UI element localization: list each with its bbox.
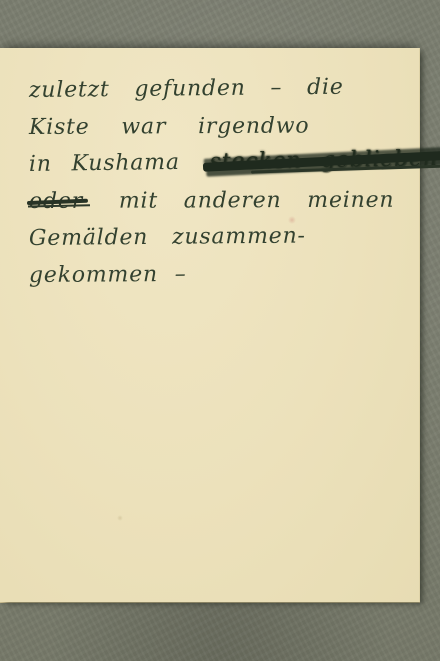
- handwritten-text: in Kushama: [29, 150, 180, 177]
- note-line-5: Gemälden zusammen-: [29, 223, 411, 263]
- note-line-1: zuletzt gefunden – die: [29, 74, 411, 115]
- note-line-6: gekommen –: [29, 260, 411, 300]
- handwritten-text: Kiste war irgendwo: [29, 114, 310, 140]
- strikethrough-text: oder: [29, 189, 83, 214]
- note-line-4: oder mit anderen meinen: [29, 188, 411, 226]
- note-card-paper: zuletzt gefunden – die Kiste war irgendw…: [0, 48, 420, 602]
- note-line-2: Kiste war irgendwo: [29, 113, 411, 152]
- handwritten-text: gekommen –: [29, 262, 187, 288]
- handwritten-text: zuletzt gefunden – die: [29, 75, 344, 103]
- strikethrough-text: stecken geblieben: [209, 146, 437, 174]
- handwritten-note: zuletzt gefunden – die Kiste war irgendw…: [29, 78, 411, 300]
- handwritten-text: mit anderen meinen: [119, 188, 395, 214]
- photograph-background: zuletzt gefunden – die Kiste war irgendw…: [0, 0, 440, 661]
- handwritten-text: Gemälden zusammen-: [29, 224, 306, 251]
- note-line-3: in Kushama stecken geblieben: [29, 147, 411, 189]
